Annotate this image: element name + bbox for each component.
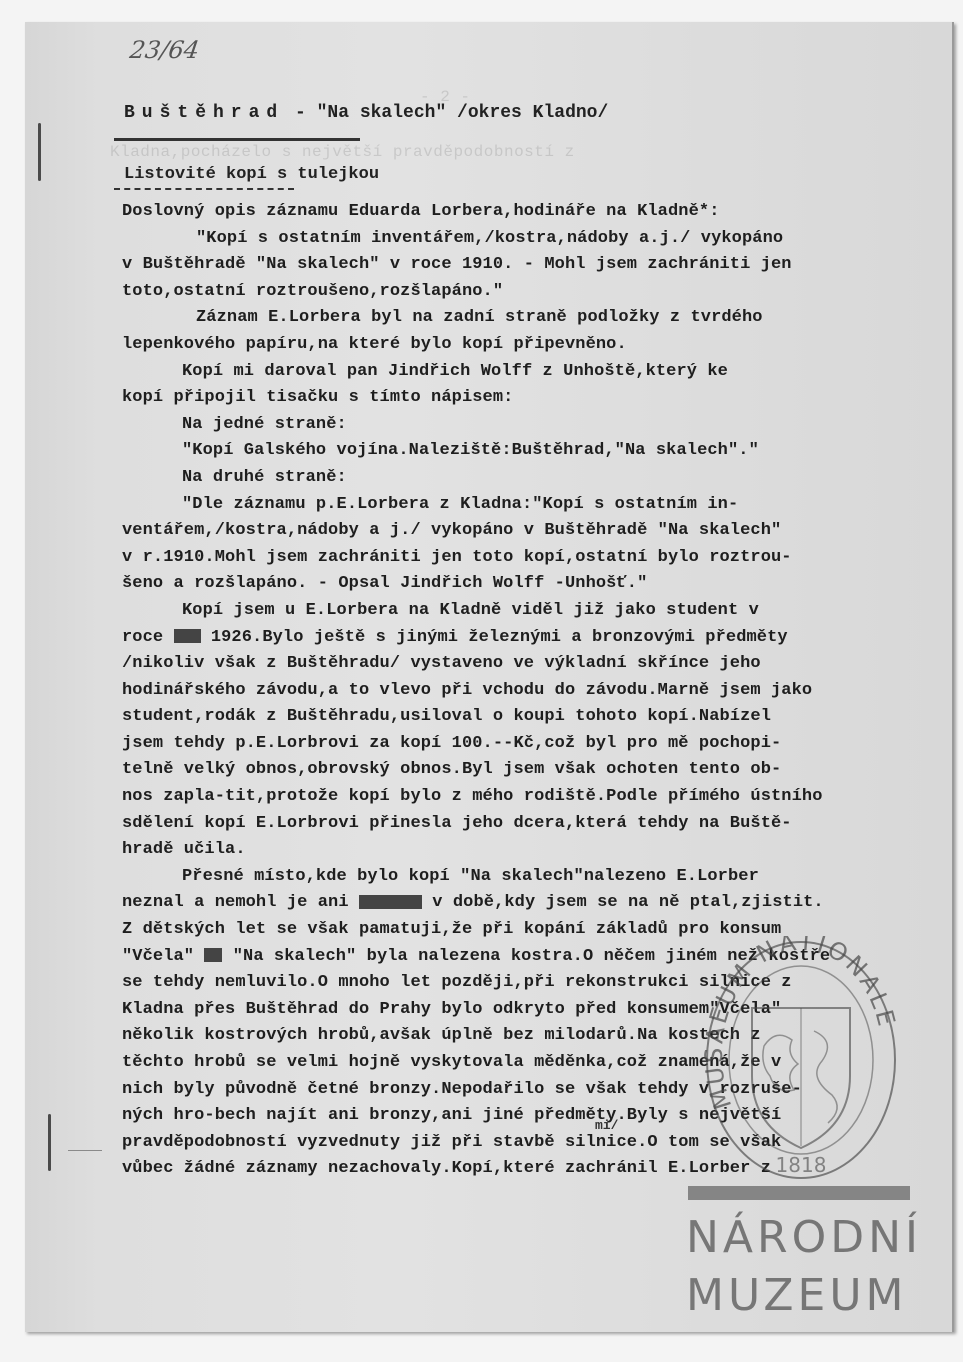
text-line: neznal a nemohl je ani ███████ v době,kd… (122, 890, 882, 917)
staple-mark-bottom (48, 1114, 51, 1171)
document-title: Buštěhrad - "Na skalech" /okres Kladno/ (124, 103, 608, 123)
title-underline (114, 138, 360, 141)
text-line: Na druhé straně: (122, 465, 882, 492)
text-line: "Dle záznamu p.E.Lorbera z Kladna:"Kopí … (122, 492, 882, 519)
handwritten-correction: mi/ (595, 1118, 618, 1133)
text-line: v Buštěhradě "Na skalech" v roce 1910. -… (122, 252, 882, 279)
watermark-line2: MUZEUM (686, 1270, 908, 1321)
text-line: Přesné místo,kde bylo kopí "Na skalech"n… (122, 864, 882, 891)
staple-mark-top (38, 123, 41, 181)
museum-stamp-icon: MUSAEUM NATIONALE 1818 (702, 936, 900, 1184)
title-rest: - "Na skalech" /okres Kladno/ (284, 103, 608, 123)
text-line: telně velký obnos,obrovský obnos.Byl jse… (122, 757, 882, 784)
text-line: "Kopí s ostatním inventářem,/kostra,nádo… (122, 226, 882, 253)
text-line: Kopí mi daroval pan Jindřich Wolff z Unh… (122, 359, 882, 386)
archive-number: 23/64 (128, 36, 201, 64)
text-line: šeno a rozšlapáno. - Opsal Jindřich Wolf… (122, 571, 882, 598)
redaction-block: ███████ (359, 895, 422, 909)
text-line: /nikoliv však z Buštěhradu/ vystaveno ve… (122, 651, 882, 678)
subtitle-underline (114, 188, 294, 192)
text-line: Záznam E.Lorbera byl na zadní straně pod… (122, 305, 882, 332)
watermark-line1: NÁRODNÍ (686, 1212, 922, 1263)
text-line: hodinářského závodu,a to vlevo při vchod… (122, 678, 882, 705)
text-line: toto,ostatní roztroušeno,rozšlapáno." (122, 279, 882, 306)
bleed-text-line: Kladna,pocházelo s největší pravděpodobn… (110, 143, 575, 161)
text-line: Na jedné straně: (122, 412, 882, 439)
margin-tick-mark (68, 1150, 102, 1151)
document-subtitle: Listovité kopí s tulejkou (124, 165, 379, 184)
text-line: sdělení kopí E.Lorbrovi přinesla jeho dc… (122, 811, 882, 838)
text-line: jsem tehdy p.E.Lorbrovi za kopí 100.--Kč… (122, 731, 882, 758)
text-line: ventářem,/kostra,nádoby a j./ vykopáno v… (122, 518, 882, 545)
text-line: roce ███ 1926.Bylo ještě s jinými železn… (122, 625, 882, 652)
text-line: v r.1910.Mohl jsem zachrániti jen toto k… (122, 545, 882, 572)
text-line: hradě učila. (122, 837, 882, 864)
title-place: Buštěhrad (124, 103, 284, 123)
svg-text:1818: 1818 (776, 1153, 827, 1177)
text-line: Doslovný opis záznamu Eduarda Lorbera,ho… (122, 199, 882, 226)
text-line: "Kopí Galského vojína.Naleziště:Buštěhra… (122, 438, 882, 465)
watermark-bar (688, 1186, 910, 1200)
text-line: student,rodák z Buštěhradu,usiloval o ko… (122, 704, 882, 731)
redaction-block: ███ (174, 629, 201, 643)
text-line: kopí připojil tisačku s tímto nápisem: (122, 385, 882, 412)
text-line: lepenkového papíru,na které bylo kopí př… (122, 332, 882, 359)
text-line: nos zapla-tit,protože kopí bylo z mého r… (122, 784, 882, 811)
text-line: Kopí jsem u E.Lorbera na Kladně viděl ji… (122, 598, 882, 625)
redaction-block: ██ (204, 948, 222, 962)
